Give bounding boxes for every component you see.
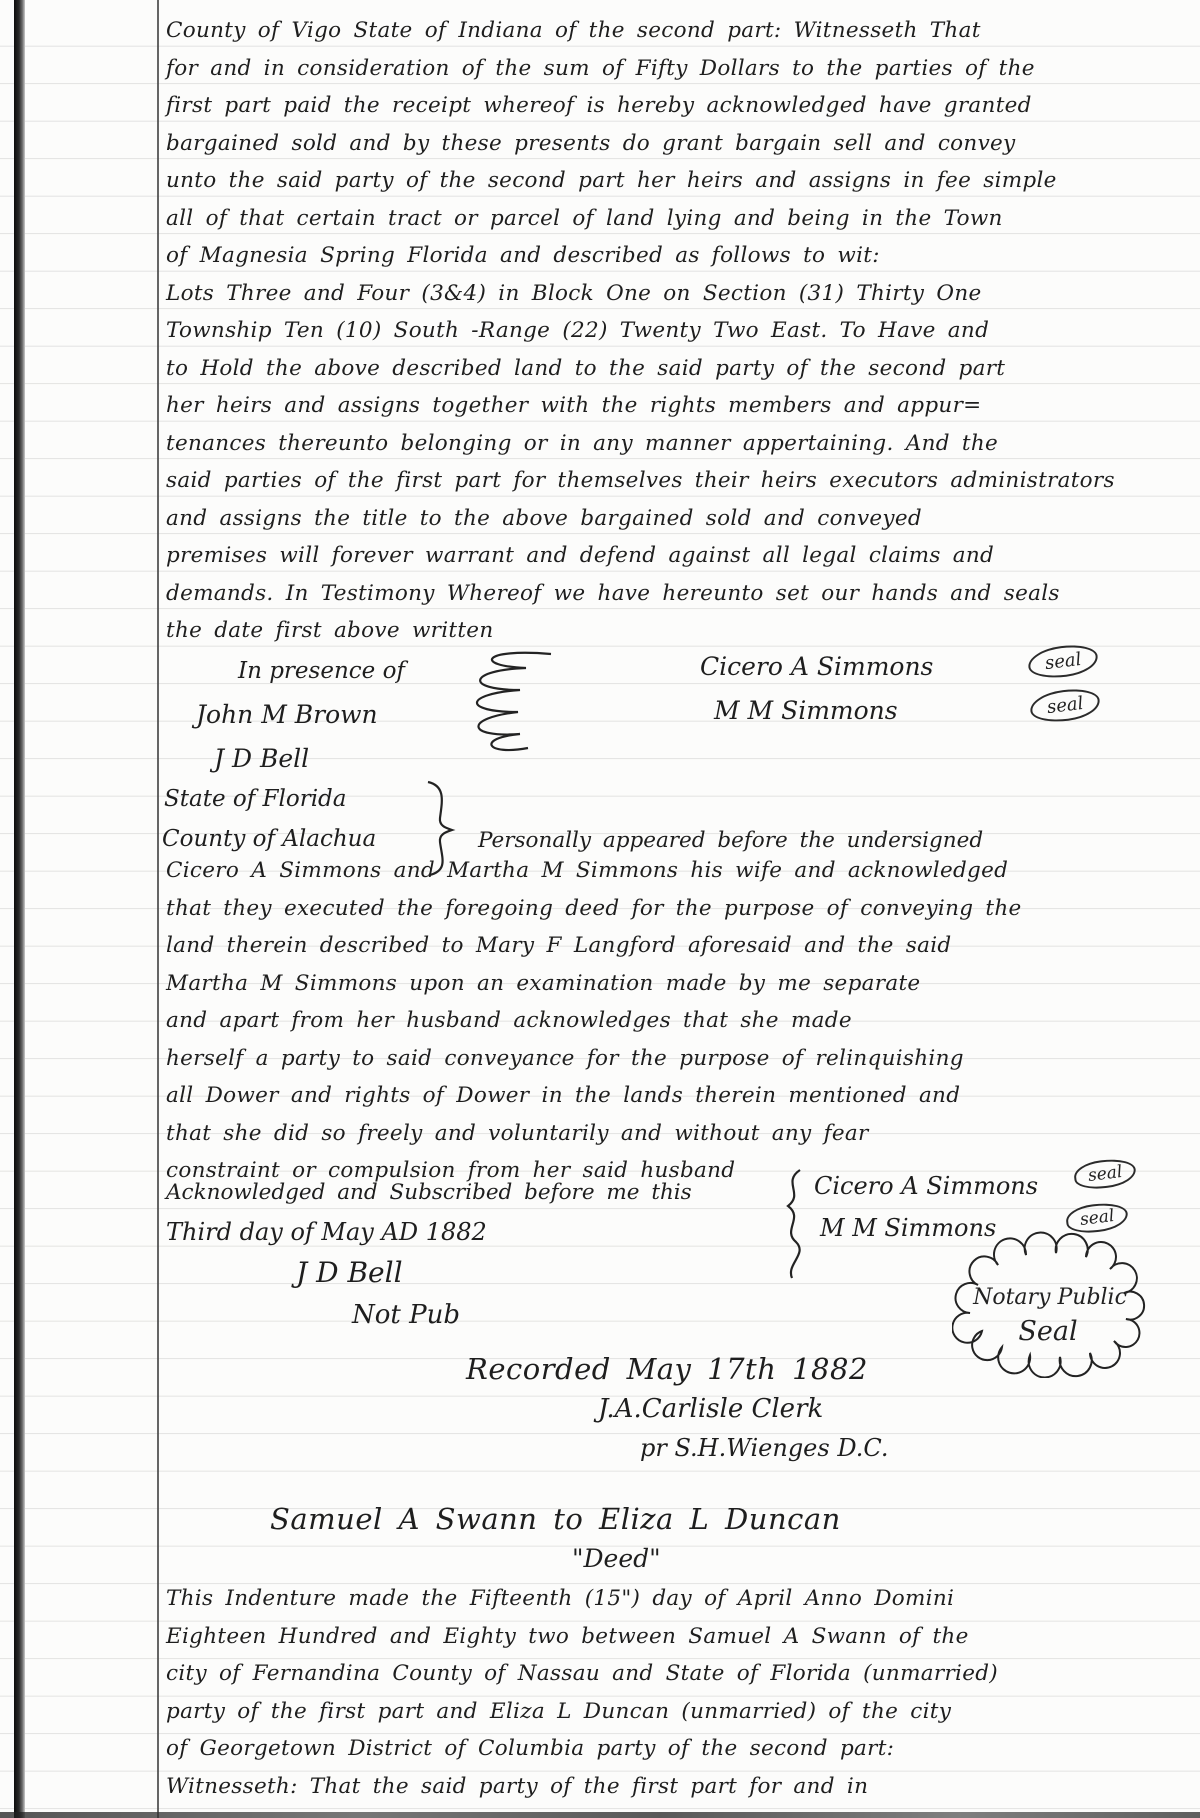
notary-title: Not Pub [352, 1300, 460, 1330]
ack-body-paragraph: Cicero A Simmons and Martha M Simmons hi… [166, 852, 1186, 1190]
seal-badge: seal [1028, 686, 1102, 725]
margin-rule-line [157, 0, 159, 1818]
deed-book-page: County of Vigo State of Indiana of the s… [0, 0, 1200, 1818]
ack-county-line: County of Alachua [162, 826, 376, 852]
jurat-line2: Third day of May AD 1882 [166, 1218, 487, 1246]
deed1-body-line: of Magnesia Spring Florida and described… [166, 237, 1186, 275]
deed1-body-line: to Hold the above described land to the … [166, 350, 1186, 388]
deed1-body-line: the date first above written [166, 612, 1186, 650]
binding-edge [14, 0, 25, 1818]
ack-body-line: and apart from her husband acknowledges … [166, 1002, 1186, 1040]
deed1-body-line: her heirs and assigns together with the … [166, 387, 1186, 425]
deed1-body-line: unto the said party of the second part h… [166, 162, 1186, 200]
deed1-body-line: County of Vigo State of Indiana of the s… [166, 12, 1186, 50]
witness1-signature: John M Brown [196, 700, 378, 729]
deed2-body-line: Eighteen Hundred and Eighty two between … [166, 1618, 1186, 1656]
signer1-signature: Cicero A Simmons [700, 652, 933, 681]
page-bottom-edge [0, 1812, 1200, 1818]
deed1-body-line: said parties of the first part for thems… [166, 462, 1186, 500]
jurat-brace-icon [778, 1168, 810, 1280]
signer2-signature: M M Simmons [714, 696, 898, 725]
deed1-body-line: tenances thereunto belonging or in any m… [166, 425, 1186, 463]
deed1-body-paragraph: County of Vigo State of Indiana of the s… [166, 12, 1186, 650]
deed1-body-line: bargained sold and by these presents do … [166, 125, 1186, 163]
ack-opening-line: Personally appeared before the undersign… [478, 828, 983, 853]
notary-seal-line2: Seal [1018, 1316, 1077, 1347]
deed2-title: Samuel A Swann to Eliza L Duncan [270, 1502, 841, 1536]
scribble-flourish-icon [456, 646, 566, 764]
recorded-line: Recorded May 17th 1882 [466, 1352, 868, 1386]
ack-state-line: State of Florida [164, 786, 347, 812]
clerk-signature: J.A.Carlisle Clerk [598, 1394, 823, 1424]
deed2-body-paragraph: This Indenture made the Fifteenth (15") … [166, 1580, 1186, 1805]
jurat-line1: Acknowledged and Subscribed before me th… [166, 1180, 692, 1205]
jurat-signer1-signature: Cicero A Simmons [814, 1172, 1038, 1200]
deed1-body-line: premises will forever warrant and defend… [166, 537, 1186, 575]
ack-body-line: that she did so freely and voluntarily a… [166, 1115, 1186, 1153]
deed1-body-line: for and in consideration of the sum of F… [166, 50, 1186, 88]
notary-seal-line1: Notary Public [972, 1285, 1127, 1310]
deed2-body-line: city of Fernandina County of Nassau and … [166, 1655, 1186, 1693]
ack-body-line: Martha M Simmons upon an examination mad… [166, 965, 1186, 1003]
deed1-body-line: all of that certain tract or parcel of l… [166, 200, 1186, 238]
deed1-body-line: and assigns the title to the above barga… [166, 500, 1186, 538]
deed1-body-line: Township Ten (10) South -Range (22) Twen… [166, 312, 1186, 350]
deed1-body-line: first part paid the receipt whereof is h… [166, 87, 1186, 125]
deed2-body-line: Witnesseth: That the said party of the f… [166, 1768, 1186, 1806]
notary-seal: Notary Public Seal [952, 1228, 1164, 1378]
witness-label: In presence of [238, 658, 405, 684]
ack-body-line: Cicero A Simmons and Martha M Simmons hi… [166, 852, 1186, 890]
ack-body-line: herself a party to said conveyance for t… [166, 1040, 1186, 1078]
witness2-signature: J D Bell [214, 744, 309, 773]
deed2-body-line: party of the first part and Eliza L Dunc… [166, 1693, 1186, 1731]
deed2-body-line: This Indenture made the Fifteenth (15") … [166, 1580, 1186, 1618]
deed2-body-line: of Georgetown District of Columbia party… [166, 1730, 1186, 1768]
ack-body-line: that they executed the foregoing deed fo… [166, 890, 1186, 928]
deputy-clerk-signature: pr S.H.Wienges D.C. [640, 1434, 888, 1462]
deed1-body-line: Lots Three and Four (3&4) in Block One o… [166, 275, 1186, 313]
ack-body-line: land therein described to Mary F Langfor… [166, 927, 1186, 965]
ack-body-line: all Dower and rights of Dower in the lan… [166, 1077, 1186, 1115]
deed1-body-line: demands. In Testimony Whereof we have he… [166, 575, 1186, 613]
deed2-subtitle: "Deed" [572, 1544, 661, 1573]
notary-signature: J D Bell [296, 1256, 403, 1289]
